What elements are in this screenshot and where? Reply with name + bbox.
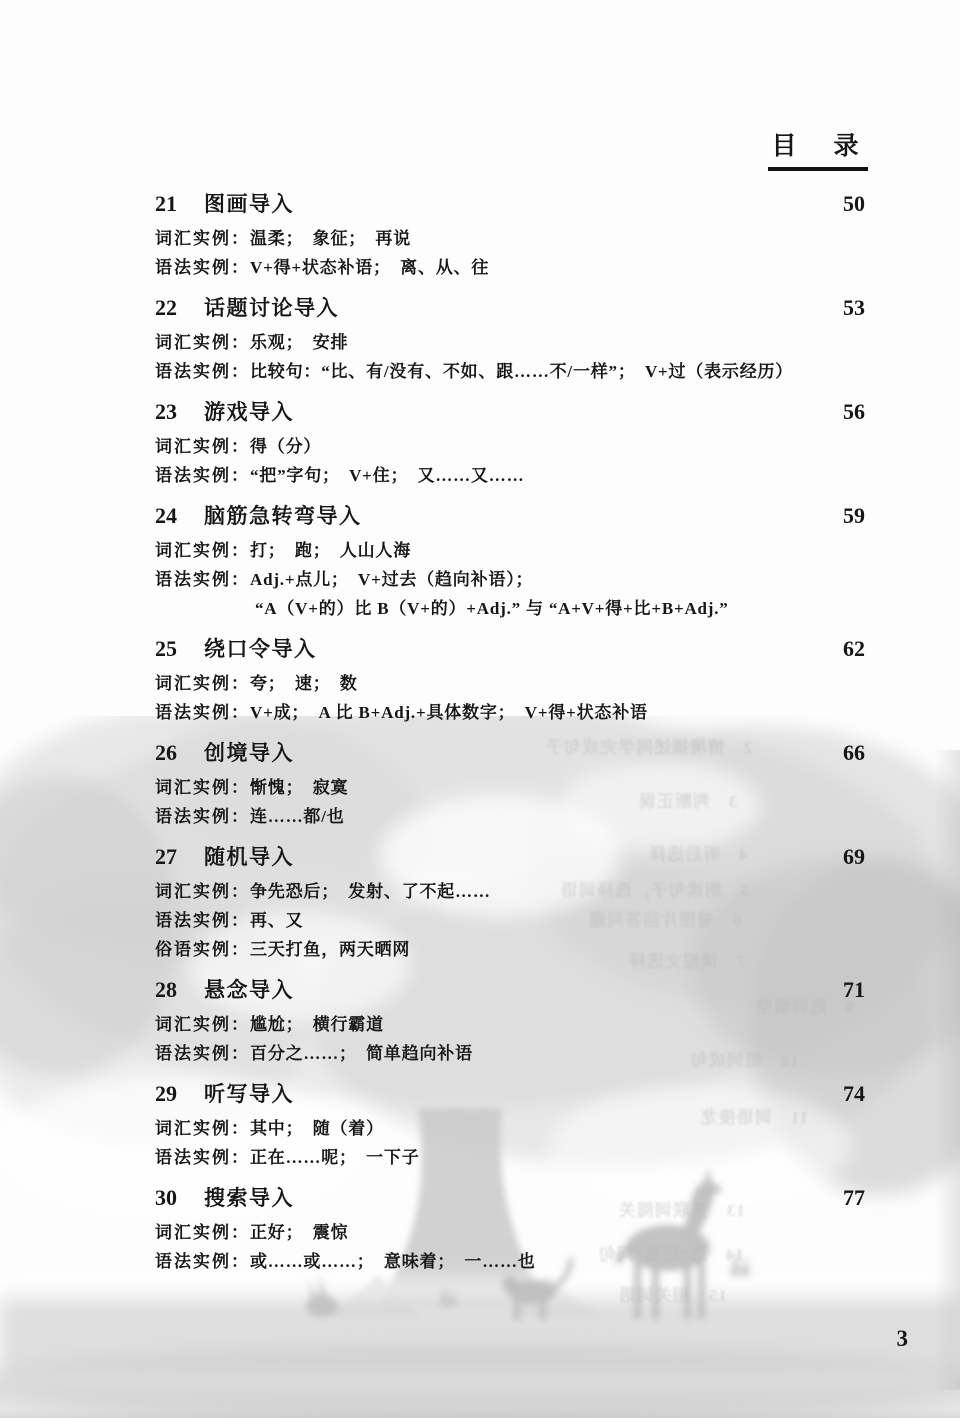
toc-entry: 30搜索导入77词汇实例：正好； 震惊语法实例：或……或……； 意味着； 一……… <box>155 1184 865 1276</box>
entry-page-number: 77 <box>843 1184 865 1212</box>
toc-header: 目 录 <box>768 126 868 171</box>
toc-entry: 25绕口令导入62词汇实例：夸； 速； 数语法实例：V+成； A 比 B+Adj… <box>155 635 865 727</box>
entry-page-number: 56 <box>843 398 865 426</box>
entry-example-line: 语法实例：比较句：“比、有/没有、不如、跟……不/一样”； V+过（表示经历） <box>155 357 865 386</box>
example-label: 词汇实例： <box>155 1223 250 1242</box>
folio-page-number: 3 <box>897 1326 909 1352</box>
toc-title: 目 录 <box>768 126 868 162</box>
example-text: 争先恐后； 发射、了不起…… <box>250 882 491 901</box>
entry-example-line: 语法实例：Adj.+点儿； V+过去（趋向补语）； <box>155 565 865 594</box>
example-label: 语法实例： <box>155 1148 250 1167</box>
example-text: 惭愧； 寂寞 <box>250 778 348 797</box>
toc-entry-head: 23游戏导入56 <box>155 398 865 427</box>
example-text: 乐观； 安排 <box>250 333 348 352</box>
entry-example-line: 词汇实例：正好； 震惊 <box>155 1218 865 1247</box>
toc-entry-head: 26创境导入66 <box>155 739 865 768</box>
toc-entry: 26创境导入66词汇实例：惭愧； 寂寞语法实例：连……都/也 <box>155 739 865 831</box>
entry-page-number: 50 <box>843 190 865 218</box>
entry-title: 悬念导入 <box>204 977 294 1005</box>
example-label: 语法实例： <box>155 466 250 485</box>
entry-example-line: 俗语实例：三天打鱼，两天晒网 <box>155 935 865 964</box>
example-label: 词汇实例： <box>155 778 250 797</box>
entry-example-line: 语法实例：“把”字句； V+住； 又……又…… <box>155 461 865 490</box>
example-text: V+得+状态补语； 离、从、往 <box>250 258 489 277</box>
example-text: 正在……呢； 一下子 <box>250 1148 420 1167</box>
example-label: 语法实例： <box>155 807 250 826</box>
example-text: 比较句：“比、有/没有、不如、跟……不/一样”； V+过（表示经历） <box>250 362 793 381</box>
example-label: 词汇实例： <box>155 437 250 456</box>
entry-example-line: 语法实例：V+得+状态补语； 离、从、往 <box>155 253 865 282</box>
example-label: 语法实例： <box>155 911 250 930</box>
entry-number: 30 <box>155 1184 187 1212</box>
example-text: 其中； 随（着） <box>250 1119 384 1138</box>
example-label: 语法实例： <box>155 570 250 589</box>
example-text: 再、又 <box>250 911 303 930</box>
entry-number: 26 <box>155 739 187 767</box>
entry-example-line: 语法实例：或……或……； 意味着； 一……也 <box>155 1247 865 1276</box>
example-label: 词汇实例： <box>155 882 250 901</box>
toc-entry-head: 21图画导入50 <box>155 190 865 219</box>
entry-title: 随机导入 <box>204 844 294 872</box>
entry-title: 听写导入 <box>204 1081 294 1109</box>
toc-entry: 23游戏导入56词汇实例：得（分）语法实例：“把”字句； V+住； 又……又…… <box>155 398 865 490</box>
entry-example-line: 词汇实例：其中； 随（着） <box>155 1114 865 1143</box>
example-text: “把”字句； V+住； 又……又…… <box>250 466 524 485</box>
entry-title: 创境导入 <box>204 740 294 768</box>
example-label: 词汇实例： <box>155 541 250 560</box>
entry-number: 25 <box>155 635 187 663</box>
example-text: 三天打鱼，两天晒网 <box>250 940 410 959</box>
toc-entry-head: 27随机导入69 <box>155 843 865 872</box>
example-text: 打； 跑； 人山人海 <box>250 541 411 560</box>
toc-entry-head: 29听写导入74 <box>155 1080 865 1109</box>
scan-bottom-shading <box>0 1378 960 1418</box>
entry-example-line: 词汇实例：惭愧； 寂寞 <box>155 773 865 802</box>
entry-page-number: 59 <box>843 502 865 530</box>
entry-example-line: 词汇实例：争先恐后； 发射、了不起…… <box>155 877 865 906</box>
toc-entry-head: 22话题讨论导入53 <box>155 294 865 323</box>
entry-example-line: 词汇实例：尴尬； 横行霸道 <box>155 1010 865 1039</box>
toc-entry: 22话题讨论导入53词汇实例：乐观； 安排语法实例：比较句：“比、有/没有、不如… <box>155 294 865 386</box>
toc-entry: 21图画导入50词汇实例：温柔； 象征； 再说语法实例：V+得+状态补语； 离、… <box>155 190 865 282</box>
entry-page-number: 62 <box>843 635 865 663</box>
scan-edge-shading <box>934 750 960 1390</box>
toc-entry-head: 30搜索导入77 <box>155 1184 865 1213</box>
example-text: 得（分） <box>250 437 321 456</box>
example-label: 俗语实例： <box>155 940 250 959</box>
entry-page-number: 69 <box>843 843 865 871</box>
scanned-toc-page: 2 情境描述同学完成句子3 判断正误4 听后选择5 朗读句子，选择词语6 看图片… <box>0 0 960 1418</box>
toc-entry: 24脑筋急转弯导入59词汇实例：打； 跑； 人山人海语法实例：Adj.+点儿； … <box>155 502 865 623</box>
example-label: 语法实例： <box>155 362 250 381</box>
entry-example-line: 词汇实例：得（分） <box>155 432 865 461</box>
entry-example-line: 词汇实例：打； 跑； 人山人海 <box>155 536 865 565</box>
toc-entry: 27随机导入69词汇实例：争先恐后； 发射、了不起……语法实例：再、又俗语实例：… <box>155 843 865 964</box>
entry-title: 绕口令导入 <box>204 636 317 664</box>
example-label: 词汇实例： <box>155 1119 250 1138</box>
example-label: 词汇实例： <box>155 333 250 352</box>
entry-title: 搜索导入 <box>204 1185 294 1213</box>
toc-entry-head: 25绕口令导入62 <box>155 635 865 664</box>
entry-page-number: 74 <box>843 1080 865 1108</box>
example-label: 词汇实例： <box>155 229 250 248</box>
example-label: 词汇实例： <box>155 1015 250 1034</box>
example-text: V+成； A 比 B+Adj.+具体数字； V+得+状态补语 <box>250 703 648 722</box>
example-label: 语法实例： <box>155 703 250 722</box>
entry-example-line: 语法实例：百分之……； 简单趋向补语 <box>155 1039 865 1068</box>
example-text: 温柔； 象征； 再说 <box>250 229 411 248</box>
toc-entry-list: 21图画导入50词汇实例：温柔； 象征； 再说语法实例：V+得+状态补语； 离、… <box>155 190 865 1288</box>
example-text: 或……或……； 意味着； 一……也 <box>250 1252 536 1271</box>
entry-example-line: 语法实例：连……都/也 <box>155 802 865 831</box>
entry-title: 图画导入 <box>204 191 294 219</box>
example-label: 词汇实例： <box>155 674 250 693</box>
entry-example-continuation: “A（V+的）比 B（V+的）+Adj.” 与 “A+V+得+比+B+Adj.” <box>155 594 865 623</box>
entry-number: 21 <box>155 190 187 218</box>
entry-page-number: 53 <box>843 294 865 322</box>
entry-number: 28 <box>155 976 187 1004</box>
entry-title: 话题讨论导入 <box>204 295 339 323</box>
entry-number: 22 <box>155 294 187 322</box>
toc-entry-head: 24脑筋急转弯导入59 <box>155 502 865 531</box>
entry-number: 27 <box>155 843 187 871</box>
example-text: “A（V+的）比 B（V+的）+Adj.” 与 “A+V+得+比+B+Adj.” <box>255 599 729 618</box>
example-text: 百分之……； 简单趋向补语 <box>250 1044 473 1063</box>
example-text: 夸； 速； 数 <box>250 674 358 693</box>
example-text: Adj.+点儿； V+过去（趋向补语）； <box>250 570 533 589</box>
entry-example-line: 词汇实例：乐观； 安排 <box>155 328 865 357</box>
entry-page-number: 71 <box>843 976 865 1004</box>
example-text: 正好； 震惊 <box>250 1223 348 1242</box>
entry-example-line: 语法实例：V+成； A 比 B+Adj.+具体数字； V+得+状态补语 <box>155 698 865 727</box>
entry-page-number: 66 <box>843 739 865 767</box>
entry-number: 23 <box>155 398 187 426</box>
toc-entry: 28悬念导入71词汇实例：尴尬； 横行霸道语法实例：百分之……； 简单趋向补语 <box>155 976 865 1068</box>
entry-example-line: 词汇实例：夸； 速； 数 <box>155 669 865 698</box>
entry-number: 29 <box>155 1080 187 1108</box>
entry-example-line: 语法实例：再、又 <box>155 906 865 935</box>
entry-number: 24 <box>155 502 187 530</box>
entry-title: 脑筋急转弯导入 <box>204 503 362 531</box>
entry-title: 游戏导入 <box>204 399 294 427</box>
toc-entry: 29听写导入74词汇实例：其中； 随（着）语法实例：正在……呢； 一下子 <box>155 1080 865 1172</box>
toc-entry-head: 28悬念导入71 <box>155 976 865 1005</box>
example-text: 连……都/也 <box>250 807 345 826</box>
example-label: 语法实例： <box>155 258 250 277</box>
entry-example-line: 词汇实例：温柔； 象征； 再说 <box>155 224 865 253</box>
example-text: 尴尬； 横行霸道 <box>250 1015 384 1034</box>
example-label: 语法实例： <box>155 1044 250 1063</box>
example-label: 语法实例： <box>155 1252 250 1271</box>
toc-title-underline <box>768 167 868 171</box>
entry-example-line: 语法实例：正在……呢； 一下子 <box>155 1143 865 1172</box>
